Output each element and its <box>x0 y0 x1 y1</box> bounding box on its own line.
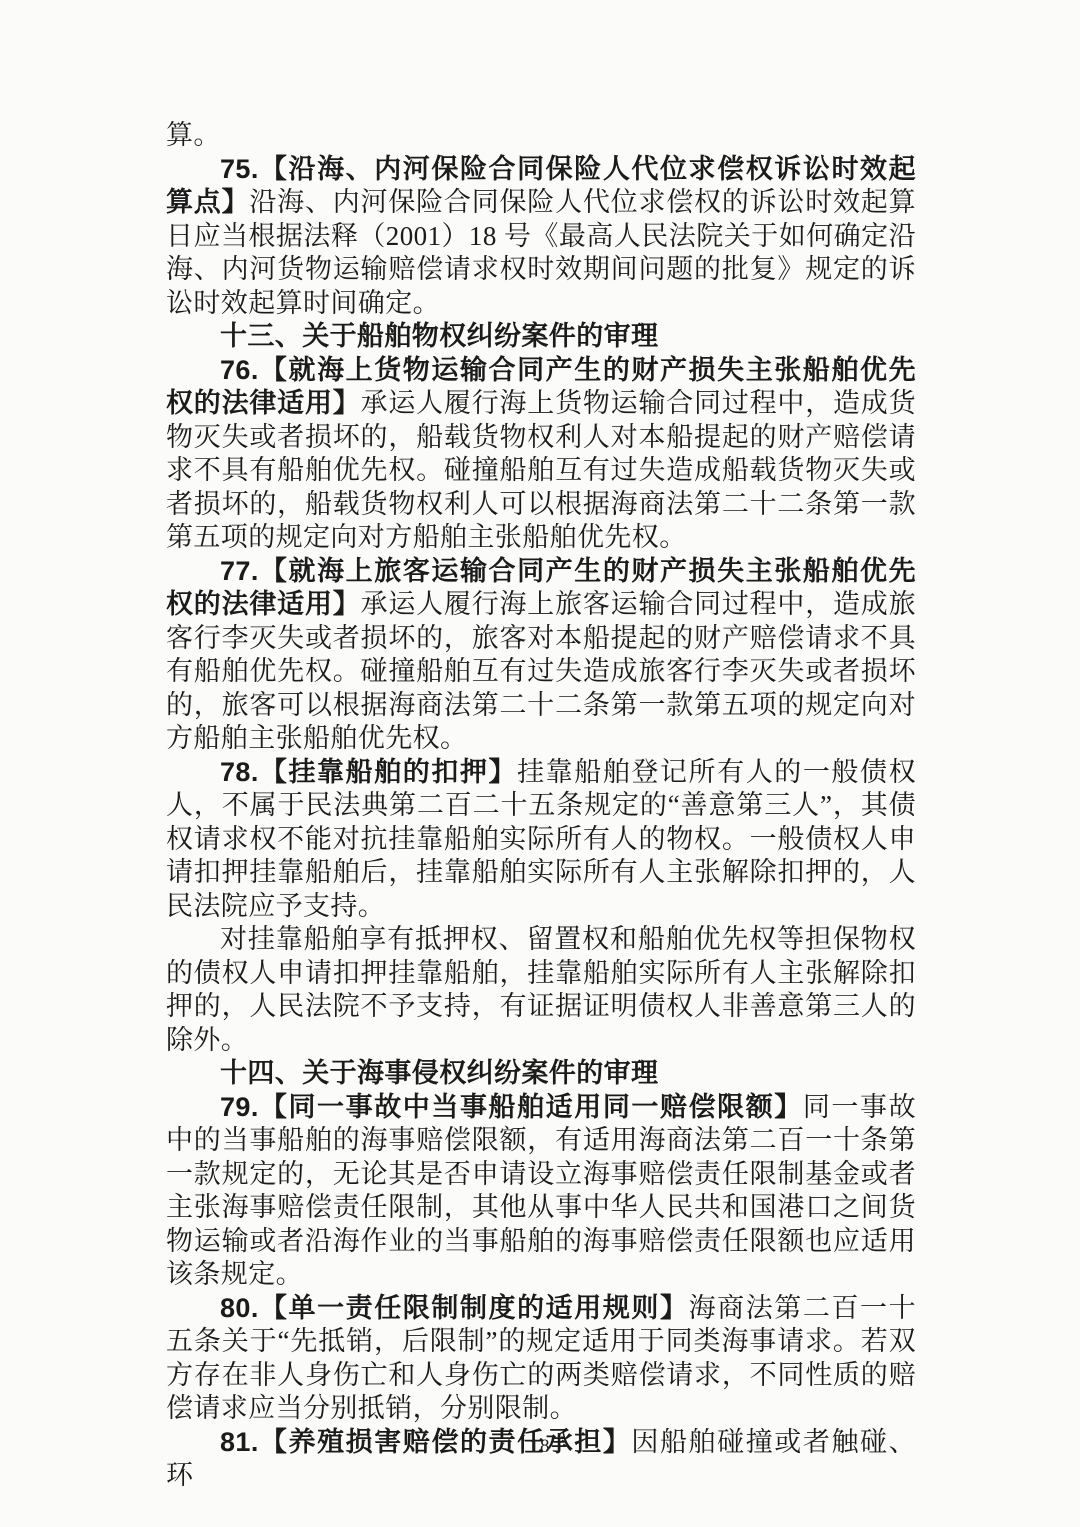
document-body: 算。 75.【沿海、内河保险合同保险人代位求偿权诉讼时效起算点】沿海、内河保险合… <box>166 119 916 1493</box>
item-77: 77.【就海上旅客运输合同产生的财产损失主张船舶优先权的法律适用】承运人履行海上… <box>166 555 916 756</box>
item-78-supplement: 对挂靠船舶享有抵押权、留置权和船舶优先权等担保物权的债权人申请扣押挂靠船舶，挂靠… <box>166 923 916 1057</box>
item-80: 80.【单一责任限制制度的适用规则】海商法第二百一十五条关于“先抵销，后限制”的… <box>166 1292 916 1426</box>
paragraph-tail: 算。 <box>166 119 916 153</box>
item-75: 75.【沿海、内河保险合同保险人代位求偿权诉讼时效起算点】沿海、内河保险合同保险… <box>166 153 916 321</box>
item-76: 76.【就海上货物运输合同产生的财产损失主张船舶优先权的法律适用】承运人履行海上… <box>166 354 916 555</box>
section-heading-13: 十三、关于船舶物权纠纷案件的审理 <box>166 320 916 354</box>
section-heading-14: 十四、关于海事侵权纠纷案件的审理 <box>166 1057 916 1091</box>
document-page: 算。 75.【沿海、内河保险合同保险人代位求偿权诉讼时效起算点】沿海、内河保险合… <box>0 0 1080 1527</box>
page-number: 18 <box>0 1436 1080 1458</box>
item-80-title: 80.【单一责任限制制度的适用规则】 <box>220 1293 689 1323</box>
item-75-body: 沿海、内河保险合同保险人代位求偿权的诉讼时效起算日应当根据法释（2001）18 … <box>166 187 916 318</box>
item-79-title: 79.【同一事故中当事船舶适用同一赔偿限额】 <box>220 1092 803 1122</box>
item-78-title: 78.【挂靠船舶的扣押】 <box>220 757 517 787</box>
item-78: 78.【挂靠船舶的扣押】挂靠船舶登记所有人的一般债权人，不属于民法典第二百二十五… <box>166 756 916 924</box>
item-79: 79.【同一事故中当事船舶适用同一赔偿限额】同一事故中的当事船舶的海事赔偿限额，… <box>166 1091 916 1292</box>
